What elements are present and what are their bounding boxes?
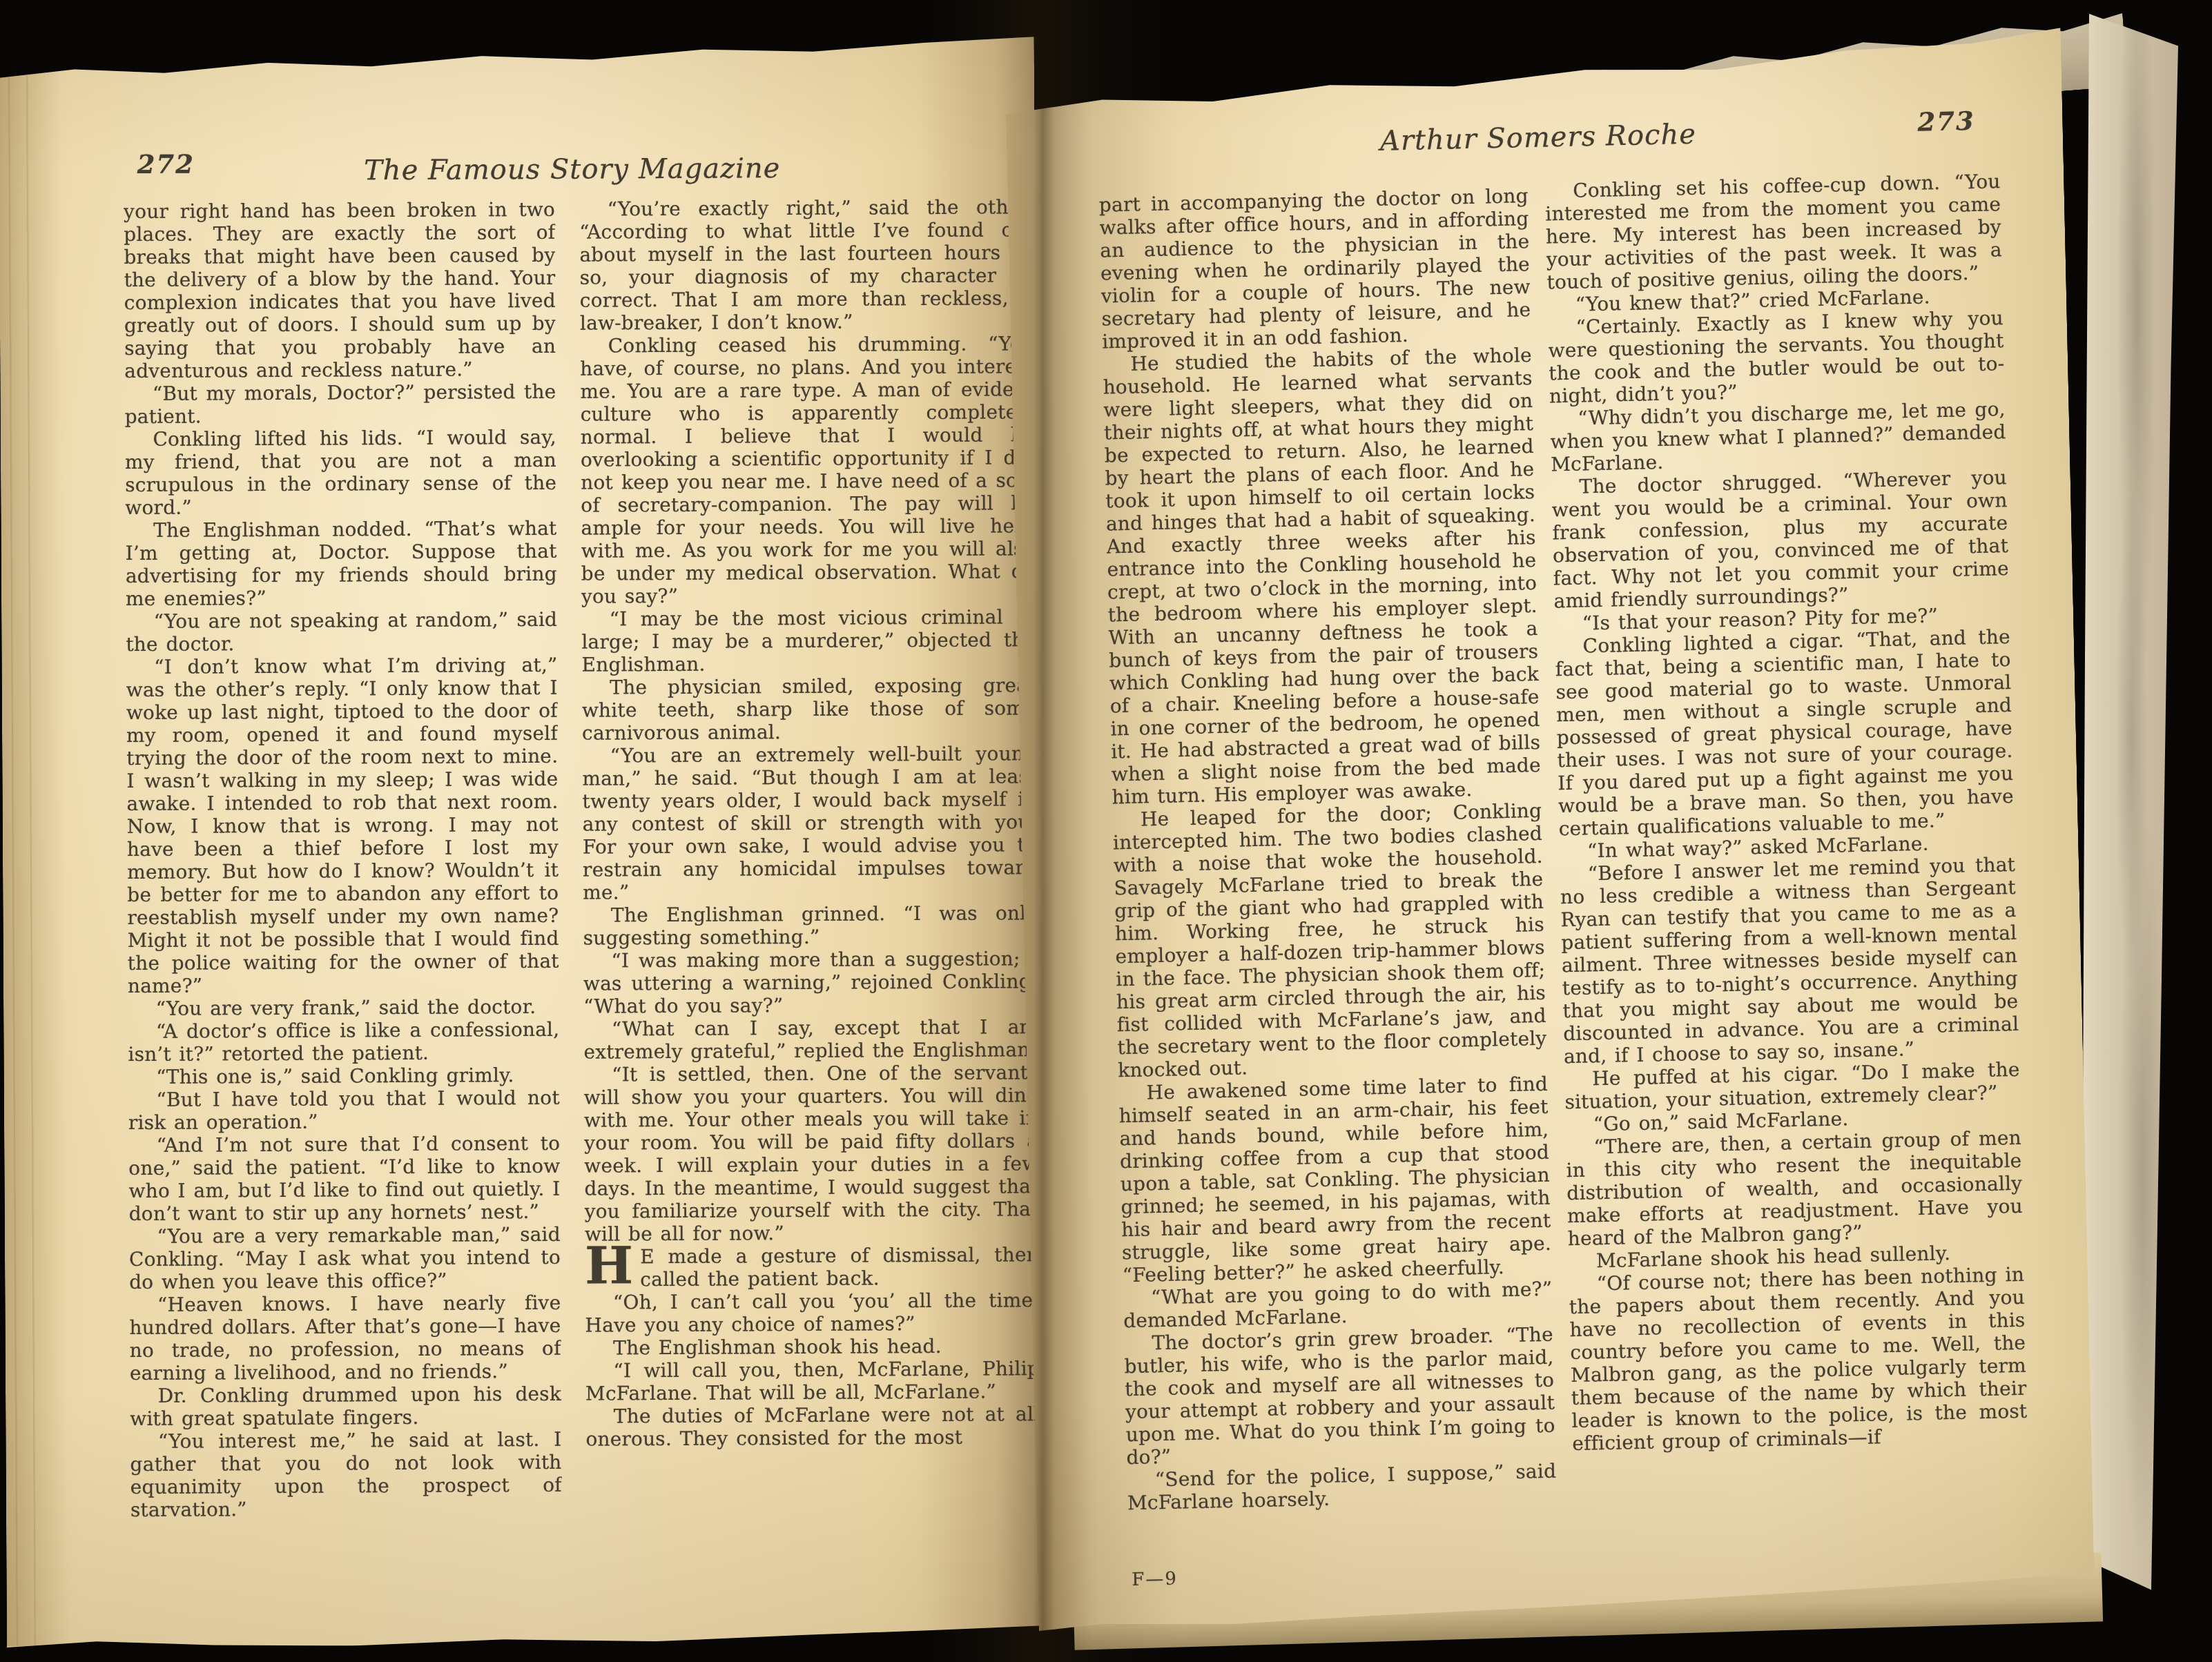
paragraph: “Send for the police, I suppose,” said M… [1127,1460,1557,1515]
paragraph: The Englishman nodded. “That’s what I’m … [125,517,557,610]
paragraph: He leaped for the door; Conkling interce… [1112,799,1547,1082]
paragraph: The physician smiled, exposing great whi… [582,674,1037,744]
paragraph: “I don’t know what I’m driving at,” was … [126,654,559,997]
paragraph: “I will call you, then, McFarlane, Phili… [585,1357,1040,1405]
right-page: Arthur Somers Roche 273 part in accompan… [1004,0,2095,1632]
paragraph: “But I have told you that I would not ri… [128,1086,560,1134]
right-column-2: Conkling set his coffee-cup down. “You i… [1544,170,2031,1601]
right-fore-edge-page-stack [2075,14,2178,1622]
paragraph: “You’re exactly right,” said the other, … [579,195,1034,334]
paragraph: The Englishman shook his head. [585,1334,1040,1359]
book-photograph: { "colors": { "background": "#070605", "… [0,0,2212,1662]
paragraph: “What can I say, except that I am extrem… [583,1015,1038,1063]
left-page: 272 The Famous Story Magazine your right… [0,19,1042,1653]
paragraph: The doctor shrugged. “Wherever you went … [1551,466,2010,612]
left-page-number: 272 [137,149,195,179]
paragraph: The duties of McFarlane were not at all … [585,1402,1040,1450]
paragraph: “Oh, I can’t call you ‘you’ all the time… [585,1289,1039,1336]
paragraph: “You interest me,” he said at last. I ga… [130,1428,562,1521]
paragraph: part in accompanying the doctor on long … [1099,184,1532,353]
paragraph: Conkling ceased his drumming. “You have,… [580,332,1036,607]
right-page-number: 273 [1917,106,1975,137]
left-column-1: your right hand has been broken in two p… [124,198,562,1577]
paragraph: “You are an extremely well-built young m… [582,742,1037,903]
right-column-1: part in accompanying the doctor on long … [1099,184,1558,1563]
paragraph: “Before I answer let me remind you that … [1560,853,2019,1068]
paragraph: Conkling lifted his lids. “I would say, … [125,426,557,519]
paragraph: The doctor’s grin grew broader. “The but… [1124,1323,1556,1469]
paragraph: He awakened some time later to find hims… [1118,1073,1552,1287]
paragraph: your right hand has been broken in two p… [124,198,556,382]
paragraph: “Certainly. Exactly as I knew why you we… [1548,306,2006,407]
paragraph: “I was making more than a suggestion; I … [583,947,1038,1017]
paragraph: HE made a gesture of dismissal, then cal… [585,1243,1039,1291]
left-column-2: “You’re exactly right,” said the other, … [579,195,1041,1605]
paragraph: The Englishman grinned. “I was only sugg… [583,901,1037,949]
paragraph: “There are, then, a certain group of men… [1566,1126,2024,1250]
paragraph: “It is settled, then. One of the servant… [584,1061,1039,1245]
paragraph: “But my morals, Doctor?” persisted the p… [124,380,556,428]
paragraph: “I may be the most vicious criminal at l… [581,605,1036,676]
paragraph: “Of course not; there has been nothing i… [1569,1263,2028,1455]
paragraph: “You are a very remarkable man,” said Co… [129,1223,561,1293]
paragraph: “This one is,” said Conkling grimly. [128,1064,560,1088]
paragraph: “You are very frank,” said the doctor. [128,995,559,1020]
paragraph: Dr. Conkling drummed upon his desk with … [130,1382,561,1430]
paragraph: “A doctor’s office is like a confessiona… [128,1018,559,1066]
paragraph: Conkling set his coffee-cup down. “You i… [1544,170,2002,293]
paragraph: Conkling lighted a cigar. “That, and the… [1555,625,2015,840]
right-running-title: Arthur Somers Roche [1297,117,1781,159]
drop-cap-letter: H [585,1245,640,1285]
left-running-title: The Famous Story Magazine [289,153,855,187]
paragraph: He studied the habits of the whole house… [1103,344,1542,808]
signature-mark: F—9 [1132,1569,1178,1590]
paragraph: “Why didn’t you discharge me, let me go,… [1549,398,2006,476]
paragraph: “And I’m not sure that I’d consent to on… [128,1132,561,1225]
paragraph: “You are not speaking at random,” said t… [126,608,557,656]
paragraph: “Heaven knows. I have nearly five hundre… [129,1291,561,1385]
